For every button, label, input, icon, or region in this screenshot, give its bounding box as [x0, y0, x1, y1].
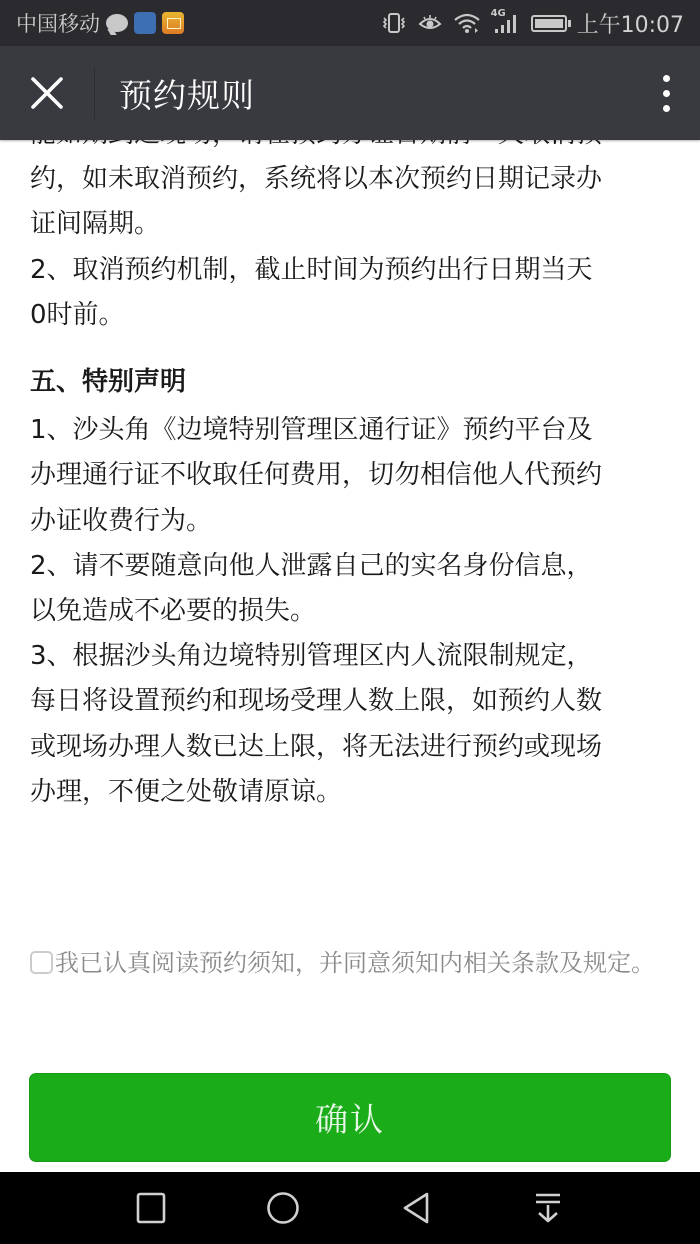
text-line: 2、取消预约机制，截止时间为预约出行日期当天	[30, 248, 675, 293]
text-line: 证间隔期。	[30, 202, 675, 247]
agreement-label[interactable]: 我已认真阅读预约须知，并同意须知内相关条款及规定。	[55, 949, 655, 977]
close-icon	[30, 76, 64, 110]
back-icon	[400, 1191, 432, 1225]
text-line: 0时前。	[30, 293, 675, 338]
more-options-button[interactable]	[636, 46, 696, 140]
cancellation-section: 能如期到达现场，请在预约办证日期前一天取消预 约，如未取消预约，系统将以本次预约…	[30, 112, 675, 338]
notification-pulldown-button[interactable]	[530, 1190, 566, 1226]
section-heading: 五、特别声明	[30, 360, 675, 405]
page-title: 预约规则	[119, 70, 636, 117]
text-line: 3、根据沙头角边境特别管理区内人流限制规定，	[30, 634, 675, 679]
home-button[interactable]	[265, 1190, 301, 1226]
clock: 上午10:07	[577, 8, 684, 39]
more-vertical-icon-dot	[663, 90, 670, 97]
text-line: 办证收费行为。	[30, 499, 675, 544]
carrier-label: 中国移动	[16, 8, 100, 38]
more-vertical-icon-dot	[663, 75, 670, 82]
status-right: 4G 上午10:07	[381, 8, 684, 39]
text-line: 1、沙头角《边境特别管理区通行证》预约平台及	[30, 408, 675, 453]
confirm-button[interactable]: 确认	[29, 1073, 671, 1162]
status-bar: 中国移动 4G	[0, 0, 700, 46]
text-line: 办理通行证不收取任何费用，切勿相信他人代预约	[30, 453, 675, 498]
eye-comfort-icon	[417, 12, 443, 34]
agreement-checkbox[interactable]	[30, 951, 53, 974]
text-line: 办理，不便之处敬请原谅。	[30, 770, 675, 815]
more-vertical-icon-dot	[663, 105, 670, 112]
wifi-icon	[453, 12, 481, 34]
close-button[interactable]	[0, 46, 94, 140]
notification-pulldown-icon	[533, 1191, 563, 1225]
text-line: 2、请不要随意向他人泄露自己的实名身份信息，	[30, 544, 675, 589]
text-line: 或现场办理人数已达上限，将无法进行预约或现场	[30, 725, 675, 770]
back-button[interactable]	[398, 1190, 434, 1226]
chat-bubble-icon	[106, 14, 128, 32]
recents-icon	[136, 1192, 166, 1224]
notice-item-2: 2、请不要随意向他人泄露自己的实名身份信息， 以免造成不必要的损失。	[30, 544, 675, 634]
mail-icon	[162, 12, 184, 34]
app-bar-divider	[94, 67, 95, 119]
text-line: 约，如未取消预约，系统将以本次预约日期记录办	[30, 157, 675, 202]
rules-content: 能如期到达现场，请在预约办证日期前一天取消预 约，如未取消预约，系统将以本次预约…	[30, 112, 675, 815]
notice-item-3: 3、根据沙头角边境特别管理区内人流限制规定， 每日将设置预约和现场受理人数上限，…	[30, 634, 675, 815]
app-bar: 预约规则	[0, 46, 700, 140]
confirm-button-label: 确认	[315, 1094, 385, 1141]
status-left: 中国移动	[16, 8, 381, 38]
notice-item-1: 1、沙头角《边境特别管理区通行证》预约平台及 办理通行证不收取任何费用，切勿相信…	[30, 408, 675, 544]
vibrate-icon	[381, 12, 407, 34]
agreement-row[interactable]: 我已认真阅读预约须知，并同意须知内相关条款及规定。	[30, 944, 670, 982]
battery-icon	[531, 15, 567, 32]
text-line: 以免造成不必要的损失。	[30, 589, 675, 634]
app-notification-icon	[134, 12, 156, 34]
signal-4g-icon: 4G	[491, 12, 521, 34]
system-nav-bar	[0, 1172, 700, 1244]
recents-button[interactable]	[133, 1190, 169, 1226]
home-icon	[266, 1191, 300, 1225]
section-spacer	[30, 338, 675, 348]
text-line: 每日将设置预约和现场受理人数上限，如预约人数	[30, 679, 675, 724]
